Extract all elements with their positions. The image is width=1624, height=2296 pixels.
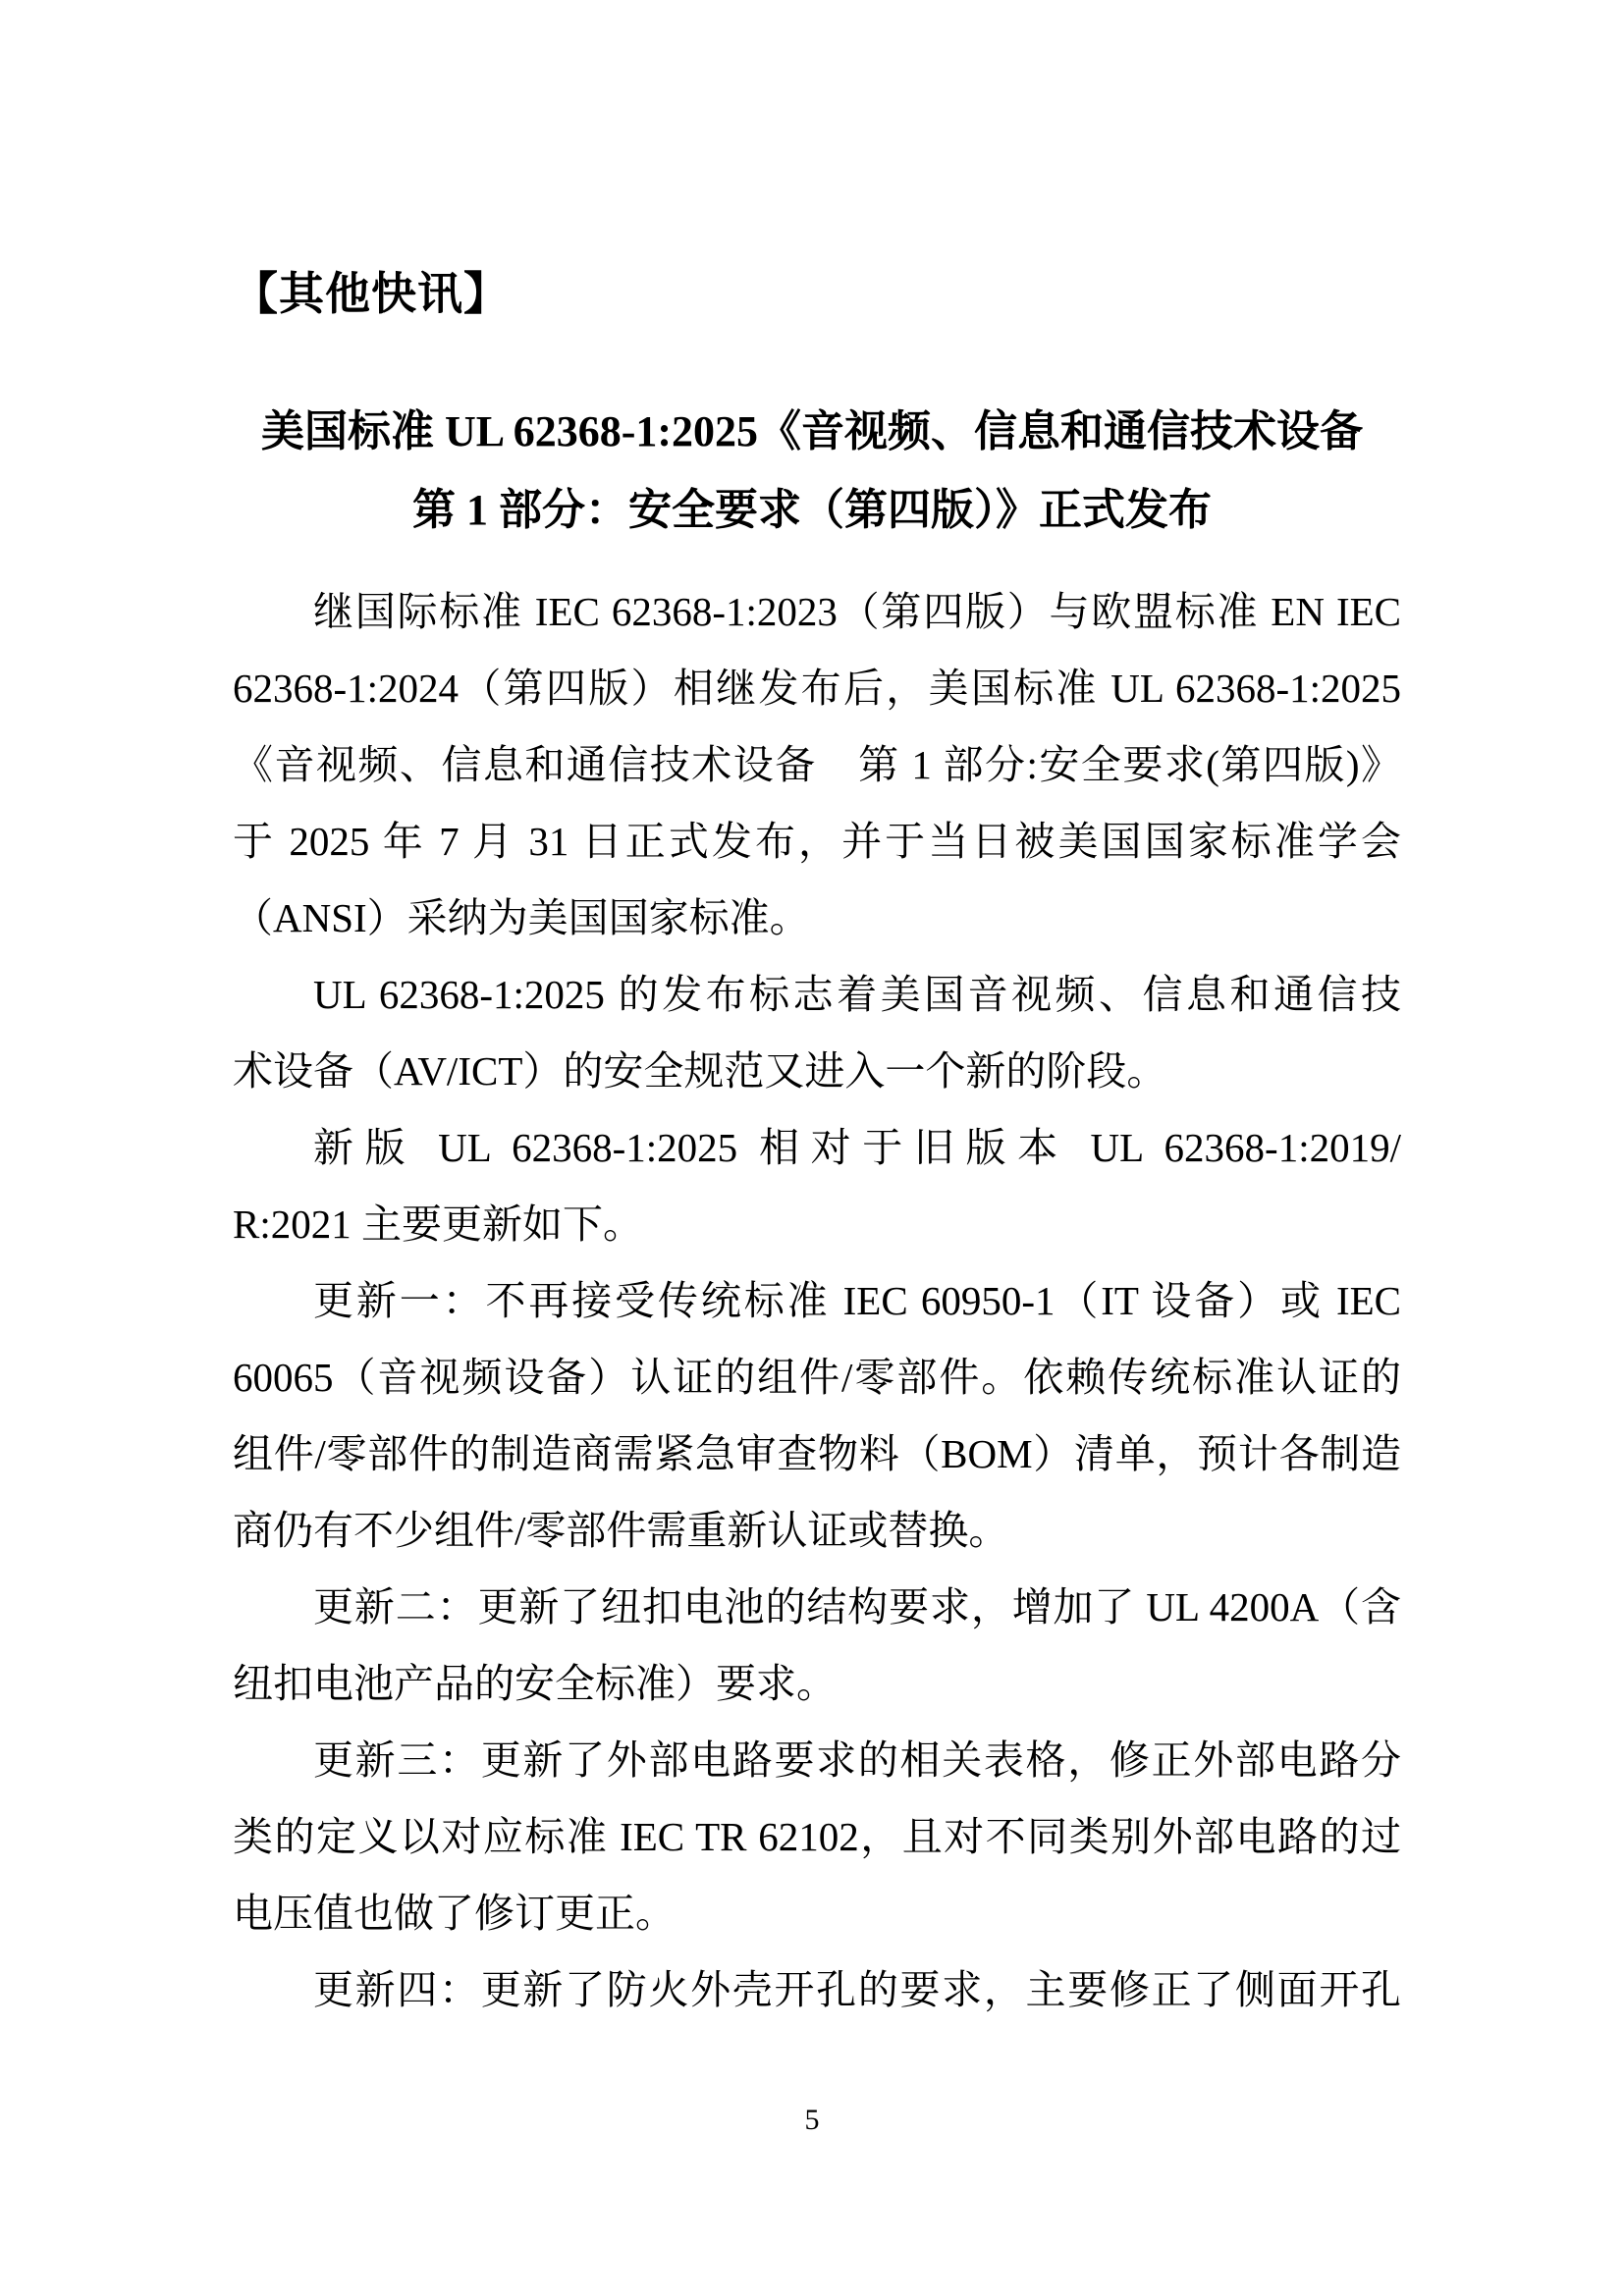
body-line: 62368-1:2024（第四版）相继发布后，美国标准 UL 62368-1:2… [233,650,1401,726]
body-line: 新版 UL 62368-1:2025 相对于旧版本 UL 62368-1:201… [233,1109,1401,1186]
body-line: 类的定义以对应标准 IEC TR 62102，且对不同类别外部电路的过 [233,1798,1401,1875]
article-title-line-1: 美国标准 UL 62368-1:2025《音视频、信息和通信技术设备 [118,393,1506,471]
document-page: 【其他快讯】 美国标准 UL 62368-1:2025《音视频、信息和通信技术设… [0,0,1624,2296]
body-line: 《音视频、信息和通信技术设备 第 1 部分:安全要求(第四版)》 [233,726,1401,803]
body-line: 更新一：不再接受传统标准 IEC 60950-1（IT 设备）或 IEC [233,1262,1401,1339]
page-number: 5 [0,2104,1624,2137]
body-line: 电压值也做了修订更正。 [233,1875,1401,1951]
body-line: 纽扣电池产品的安全标准）要求。 [233,1645,1401,1722]
article-body: 继国际标准 IEC 62368-1:2023（第四版）与欧盟标准 EN IEC6… [233,573,1401,2028]
article-title-line-2: 第 1 部分：安全要求（第四版）》正式发布 [118,471,1506,550]
body-line: R:2021 主要更新如下。 [233,1186,1401,1262]
body-line: （ANSI）采纳为美国国家标准。 [233,880,1401,956]
article-title: 美国标准 UL 62368-1:2025《音视频、信息和通信技术设备 第 1 部… [118,393,1506,550]
section-header: 【其他快讯】 [233,258,510,323]
body-line: 于 2025 年 7 月 31 日正式发布，并于当日被美国国家标准学会 [233,803,1401,880]
body-line: 组件/零部件的制造商需紧急审查物料（BOM）清单，预计各制造 [233,1415,1401,1492]
body-line: UL 62368-1:2025 的发布标志着美国音视频、信息和通信技 [233,956,1401,1033]
body-line: 更新二：更新了纽扣电池的结构要求，增加了 UL 4200A（含 [233,1569,1401,1645]
body-line: 更新三：更新了外部电路要求的相关表格，修正外部电路分 [233,1722,1401,1798]
body-line: 更新四：更新了防火外壳开孔的要求，主要修正了侧面开孔 [233,1951,1401,2028]
body-line: 商仍有不少组件/零部件需重新认证或替换。 [233,1492,1401,1569]
body-line: 继国际标准 IEC 62368-1:2023（第四版）与欧盟标准 EN IEC [233,573,1401,650]
body-line: 60065（音视频设备）认证的组件/零部件。依赖传统标准认证的 [233,1339,1401,1415]
body-line: 术设备（AV/ICT）的安全规范又进入一个新的阶段。 [233,1033,1401,1109]
